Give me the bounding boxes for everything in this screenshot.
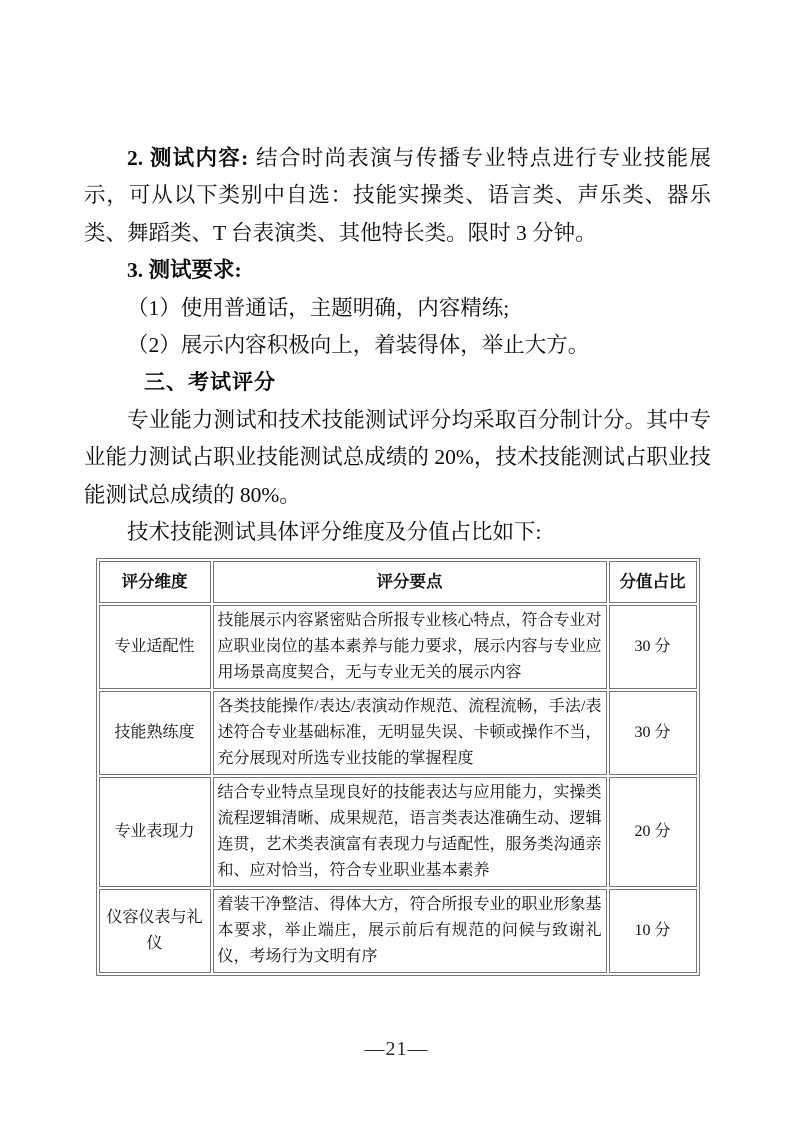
paragraph-table-intro: 技术技能测试具体评分维度及分值占比如下: xyxy=(84,514,711,551)
table-row: 专业适配性 技能展示内容紧密贴合所报专业核心特点，符合专业对应职业岗位的基本素养… xyxy=(99,605,697,689)
document-content: 2. 测试内容:结合时尚表演与传播专业特点进行专业技能展示，可从以下类别中自选：… xyxy=(84,140,711,976)
table-row: 专业表现力 结合专业特点呈现良好的技能表达与应用能力，实操类流程逻辑清晰、成果规… xyxy=(99,777,697,887)
header-cell-dimension: 评分维度 xyxy=(99,561,211,603)
paragraph-test-content: 2. 测试内容:结合时尚表演与传播专业特点进行专业技能展示，可从以下类别中自选：… xyxy=(84,140,711,252)
table-row: 技能熟练度 各类技能操作/表达/表演动作规范、流程流畅，手法/表述符合专业基础标… xyxy=(99,691,697,775)
criteria-cell: 技能展示内容紧密贴合所报专业核心特点，符合专业对应职业岗位的基本素养与能力要求，… xyxy=(213,605,607,689)
document-page: 2. 测试内容:结合时尚表演与传播专业特点进行专业技能展示，可从以下类别中自选：… xyxy=(0,0,793,1122)
weight-cell: 10 分 xyxy=(609,889,697,973)
criteria-cell: 结合专业特点呈现良好的技能表达与应用能力，实操类流程逻辑清晰、成果规范，语言类表… xyxy=(213,777,607,887)
scoring-rubric-table: 评分维度 评分要点 分值占比 专业适配性 技能展示内容紧密贴合所报专业核心特点，… xyxy=(96,558,700,976)
page-number: —21— xyxy=(0,1038,793,1061)
dimension-cell: 技能熟练度 xyxy=(99,691,211,775)
weight-cell: 30 分 xyxy=(609,605,697,689)
table-row: 仪容仪表与礼仪 着装干净整洁、得体大方，符合所报专业的职业形象基本要求，举止端庄… xyxy=(99,889,697,973)
paragraph-scoring-rule: 专业能力测试和技术技能测试评分均采取百分制计分。其中专业能力测试占职业技能测试总… xyxy=(84,402,711,514)
section-heading-exam-scoring: 三、考试评分 xyxy=(84,364,711,401)
requirement-item-2: （2）展示内容积极向上，着装得体，举止大方。 xyxy=(84,327,711,364)
weight-cell: 30 分 xyxy=(609,691,697,775)
test-content-label: 2. 测试内容: xyxy=(127,146,248,170)
paragraph-test-requirements: 3. 测试要求: xyxy=(84,252,711,289)
requirement-item-1: （1）使用普通话，主题明确，内容精练; xyxy=(84,290,711,327)
table-header-row: 评分维度 评分要点 分值占比 xyxy=(99,561,697,603)
dimension-cell: 仪容仪表与礼仪 xyxy=(99,889,211,973)
dimension-cell: 专业适配性 xyxy=(99,605,211,689)
header-cell-weight: 分值占比 xyxy=(609,561,697,603)
criteria-cell: 着装干净整洁、得体大方，符合所报专业的职业形象基本要求，举止端庄，展示前后有规范… xyxy=(213,889,607,973)
test-requirements-label: 3. 测试要求: xyxy=(127,258,242,282)
weight-cell: 20 分 xyxy=(609,777,697,887)
header-cell-criteria: 评分要点 xyxy=(213,561,607,603)
criteria-cell: 各类技能操作/表达/表演动作规范、流程流畅，手法/表述符合专业基础标准，无明显失… xyxy=(213,691,607,775)
dimension-cell: 专业表现力 xyxy=(99,777,211,887)
